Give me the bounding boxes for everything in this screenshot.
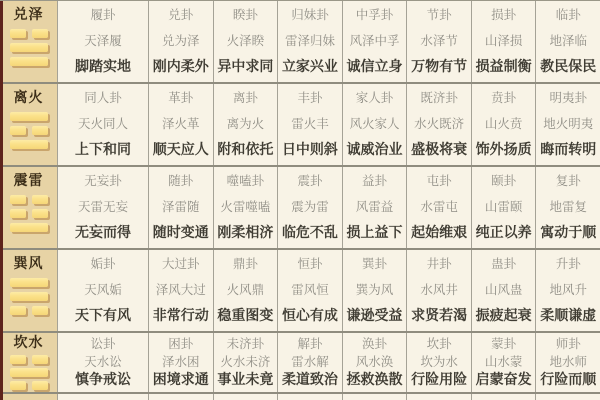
hexagram-fullname: 地泽临 <box>537 33 599 48</box>
hexagram-fullname: 泽风大过 <box>150 282 212 297</box>
table-row-li: 离火同人卦天火同人上下和同革卦泽火革顺天应人离卦离为火附和依托丰卦雷火丰日中则斜… <box>0 84 600 167</box>
hexagram-cell: 益卦风雷益损上益下 <box>342 167 407 248</box>
table-row-kan: 坎水讼卦天水讼慎争戒讼困卦泽水困困境求通未济卦火水未济事业未竟解卦雷水解柔道致治… <box>0 333 600 394</box>
hexagram-meaning: 柔道致治 <box>279 372 341 388</box>
hexagram-table-body: 兑泽履卦天泽履脚踏实地兑卦兑为泽刚内柔外睽卦火泽睽异中求同归妹卦雷泽归妹立家兴业… <box>0 1 600 400</box>
trigram-cell <box>0 394 57 400</box>
hexagram-cell: 革卦泽火革顺天应人 <box>148 84 213 165</box>
trigram-label: 离火 <box>14 90 44 107</box>
hexagram-meaning: 行险而顺 <box>537 372 599 388</box>
hexagram-cell <box>213 394 278 400</box>
hexagram-cell <box>57 394 148 400</box>
hexagram-meaning: 谦逊受益 <box>344 308 406 324</box>
broken-yao-line <box>10 381 48 390</box>
yao-bar <box>10 381 26 390</box>
hexagram-fullname: 风雷益 <box>344 199 406 214</box>
hexagram-cell: 大过卦泽风大过非常行动 <box>148 250 213 331</box>
hexagram-fullname: 天雷无妄 <box>59 199 147 214</box>
hexagram-cell: 坎卦坎为水行险用险 <box>406 333 471 392</box>
hexagram-meaning: 无妄而得 <box>59 225 147 241</box>
solid-yao-line <box>10 43 48 52</box>
hexagram-name: 归妹卦 <box>279 7 341 22</box>
hexagram-fullname: 天水讼 <box>59 354 147 369</box>
hexagram-meaning: 随时变通 <box>150 225 212 241</box>
hexagram-cell: 井卦水风井求贤若渴 <box>406 250 471 331</box>
hexagram-cell: 讼卦天水讼慎争戒讼 <box>57 333 148 392</box>
hexagram-meaning: 损益制衡 <box>473 59 535 75</box>
hexagram-meaning: 异中求同 <box>215 59 277 75</box>
hexagram-fullname: 雷风恒 <box>279 282 341 297</box>
hexagram-meaning: 晦而转明 <box>537 142 599 158</box>
hexagram-fullname: 天风姤 <box>59 282 147 297</box>
hexagram-cell: 贲卦山火贲饰外扬质 <box>471 84 536 165</box>
hexagram-name: 节卦 <box>408 7 470 22</box>
hexagram-name: 讼卦 <box>59 336 147 351</box>
hexagram-fullname: 山风蛊 <box>473 282 535 297</box>
hexagram-name: 同人卦 <box>59 90 147 105</box>
hexagram-cell: 巽卦巽为风谦逊受益 <box>342 250 407 331</box>
hexagram-fullname: 泽水困 <box>150 354 212 369</box>
hexagram-name: 解卦 <box>279 336 341 351</box>
broken-yao-line <box>10 126 48 135</box>
hexagram-name: 益卦 <box>344 173 406 188</box>
hexagram-meaning: 立家兴业 <box>279 59 341 75</box>
trigram-label: 兑泽 <box>14 7 44 24</box>
trigram-label: 巽风 <box>14 256 44 273</box>
yao-bar <box>32 355 48 364</box>
hexagram-cell: 蛊卦山风蛊振疲起衰 <box>471 250 536 331</box>
yao-bar <box>10 306 26 315</box>
trigram-label: 震雷 <box>14 173 44 190</box>
hexagram-meaning: 非常行动 <box>150 308 212 324</box>
broken-yao-line <box>10 306 48 315</box>
yao-bar <box>32 209 48 218</box>
yao-bar <box>32 381 48 390</box>
hexagram-cell <box>148 394 213 400</box>
hexagram-cell: 无妄卦天雷无妄无妄而得 <box>57 167 148 248</box>
trigram-xun-icon <box>10 278 48 315</box>
yao-bar <box>32 29 48 38</box>
hexagram-cell: 临卦地泽临教民保民 <box>535 1 600 82</box>
trigram-kan-icon <box>10 355 48 390</box>
hexagram-fullname: 巽为风 <box>344 282 406 297</box>
trigram-dui-icon <box>10 29 48 66</box>
partial-next-row <box>0 394 600 400</box>
hexagram-name: 革卦 <box>150 90 212 105</box>
hexagram-name: 巽卦 <box>344 256 406 271</box>
hexagram-cell: 噬嗑卦火雷噬嗑刚柔相济 <box>213 167 278 248</box>
yao-bar <box>10 195 26 204</box>
hexagram-meaning: 上下和同 <box>59 142 147 158</box>
hexagram-fullname: 地雷复 <box>537 199 599 214</box>
hexagram-cell: 家人卦风火家人诚威治业 <box>342 84 407 165</box>
trigram-cell-li: 离火 <box>0 84 57 165</box>
hexagram-meaning: 刚内柔外 <box>150 59 212 75</box>
yao-bar <box>10 209 26 218</box>
hexagram-fullname: 泽雷随 <box>150 199 212 214</box>
hexagram-meaning: 行险用险 <box>408 372 470 388</box>
hexagram-fullname: 泽火革 <box>150 116 212 131</box>
hexagram-fullname: 天泽履 <box>59 33 147 48</box>
yao-bar <box>10 126 26 135</box>
hexagram-cell: 同人卦天火同人上下和同 <box>57 84 148 165</box>
hexagram-meaning: 求贤若渴 <box>408 308 470 324</box>
hexagram-meaning: 刚柔相济 <box>215 225 277 241</box>
hexagram-fullname: 雷水解 <box>279 354 341 369</box>
trigram-zhen-icon <box>10 195 48 232</box>
hexagram-meaning: 诚信立身 <box>344 59 406 75</box>
hexagram-meaning: 柔顺谦虚 <box>537 308 599 324</box>
hexagram-fullname: 水风井 <box>408 282 470 297</box>
solid-yao-line <box>10 112 48 121</box>
hexagram-meaning: 饰外扬质 <box>473 142 535 158</box>
hexagram-fullname: 火泽睽 <box>215 33 277 48</box>
hexagram-name: 离卦 <box>215 90 277 105</box>
hexagram-meaning: 脚踏实地 <box>59 59 147 75</box>
broken-yao-line <box>10 29 48 38</box>
hexagram-name: 大过卦 <box>150 256 212 271</box>
trigram-li-icon <box>10 112 48 149</box>
hexagram-meaning: 慎争戒讼 <box>59 372 147 388</box>
hexagram-meaning: 起始维艰 <box>408 225 470 241</box>
hexagram-cell: 随卦泽雷随随时变通 <box>148 167 213 248</box>
hexagram-fullname: 风泽中孚 <box>344 33 406 48</box>
broken-yao-line <box>10 355 48 364</box>
hexagram-name: 临卦 <box>537 7 599 22</box>
hexagram-name: 颐卦 <box>473 173 535 188</box>
hexagram-meaning: 启蒙奋发 <box>473 372 535 388</box>
hexagram-meaning: 教民保民 <box>537 59 599 75</box>
hexagram-name: 明夷卦 <box>537 90 599 105</box>
hexagram-meaning: 事业未竟 <box>215 372 277 388</box>
hexagram-cell: 蒙卦山水蒙启蒙奋发 <box>471 333 536 392</box>
hexagram-cell: 屯卦水雷屯起始维艰 <box>406 167 471 248</box>
hexagram-meaning: 临危不乱 <box>279 225 341 241</box>
hexagram-cell: 节卦水泽节万物有节 <box>406 1 471 82</box>
hexagram-fullname: 兑为泽 <box>150 33 212 48</box>
hexagram-fullname: 山雷颐 <box>473 199 535 214</box>
hexagram-meaning: 天下有风 <box>59 308 147 324</box>
hexagram-fullname: 地风升 <box>537 282 599 297</box>
hexagram-fullname: 风火家人 <box>344 116 406 131</box>
hexagram-cell: 恒卦雷风恒恒心有成 <box>277 250 342 331</box>
hexagram-fullname: 雷火丰 <box>279 116 341 131</box>
hexagram-meaning: 寓动于顺 <box>537 225 599 241</box>
hexagram-name: 屯卦 <box>408 173 470 188</box>
solid-yao-line <box>10 292 48 301</box>
hexagram-fullname: 火风鼎 <box>215 282 277 297</box>
hexagram-cell <box>277 394 342 400</box>
yao-bar <box>10 140 48 149</box>
hexagram-cell: 兑卦兑为泽刚内柔外 <box>148 1 213 82</box>
hexagram-meaning: 诚威治业 <box>344 142 406 158</box>
hexagram-fullname: 风水涣 <box>344 354 406 369</box>
broken-yao-line <box>10 195 48 204</box>
hexagram-name: 复卦 <box>537 173 599 188</box>
hexagram-cell: 升卦地风升柔顺谦虚 <box>535 250 600 331</box>
hexagram-cell <box>535 394 600 400</box>
hexagram-name: 无妄卦 <box>59 173 147 188</box>
hexagram-cell: 损卦山泽损损益制衡 <box>471 1 536 82</box>
hexagram-meaning: 纯正以养 <box>473 225 535 241</box>
yao-bar <box>10 278 48 287</box>
hexagram-fullname: 山水蒙 <box>473 354 535 369</box>
hexagram-name: 鼎卦 <box>215 256 277 271</box>
hexagram-name: 噬嗑卦 <box>215 173 277 188</box>
hexagram-fullname: 天火同人 <box>59 116 147 131</box>
hexagram-cell: 丰卦雷火丰日中则斜 <box>277 84 342 165</box>
hexagram-fullname: 火雷噬嗑 <box>215 199 277 214</box>
yao-bar <box>10 57 48 66</box>
hexagram-name: 井卦 <box>408 256 470 271</box>
hexagram-meaning: 顺天应人 <box>150 142 212 158</box>
hexagram-cell <box>342 394 407 400</box>
hexagram-cell: 复卦地雷复寓动于顺 <box>535 167 600 248</box>
hexagram-cell: 困卦泽水困困境求通 <box>148 333 213 392</box>
hexagram-fullname: 地水师 <box>537 354 599 369</box>
yao-bar <box>10 368 48 377</box>
hexagram-name: 蒙卦 <box>473 336 535 351</box>
hexagram-cell: 未济卦火水未济事业未竟 <box>213 333 278 392</box>
trigram-label: 坎水 <box>14 335 44 352</box>
hexagram-cell <box>471 394 536 400</box>
trigram-cell-zhen: 震雷 <box>0 167 57 248</box>
broken-yao-line <box>10 209 48 218</box>
hexagram-fullname: 坎为水 <box>408 354 470 369</box>
hexagram-meaning: 附和依托 <box>215 142 277 158</box>
hexagram-fullname: 震为雷 <box>279 199 341 214</box>
trigram-cell-kan: 坎水 <box>0 333 57 392</box>
hexagram-fullname: 雷泽归妹 <box>279 33 341 48</box>
hexagram-meaning: 盛极将衰 <box>408 142 470 158</box>
solid-yao-line <box>10 140 48 149</box>
hexagram-cell: 师卦地水师行险而顺 <box>535 333 600 392</box>
solid-yao-line <box>10 223 48 232</box>
hexagram-name: 损卦 <box>473 7 535 22</box>
hexagram-cell: 归妹卦雷泽归妹立家兴业 <box>277 1 342 82</box>
yao-bar <box>32 126 48 135</box>
trigram-cell-xun: 巽风 <box>0 250 57 331</box>
solid-yao-line <box>10 278 48 287</box>
hexagram-fullname: 离为火 <box>215 116 277 131</box>
trigram-cell-dui: 兑泽 <box>0 1 57 82</box>
hexagram-fullname: 地火明夷 <box>537 116 599 131</box>
hexagram-cell: 既济卦水火既济盛极将衰 <box>406 84 471 165</box>
hexagram-name: 丰卦 <box>279 90 341 105</box>
hexagram-cell: 颐卦山雷颐纯正以养 <box>471 167 536 248</box>
hexagram-name: 家人卦 <box>344 90 406 105</box>
hexagram-name: 涣卦 <box>344 336 406 351</box>
yao-bar <box>10 223 48 232</box>
hexagram-name: 睽卦 <box>215 7 277 22</box>
left-edge-strip <box>0 1 3 400</box>
table-row-xun: 巽风姤卦天风姤天下有风大过卦泽风大过非常行动鼎卦火风鼎稳重图变恒卦雷风恒恒心有成… <box>0 250 600 333</box>
hexagram-name: 升卦 <box>537 256 599 271</box>
yao-bar <box>32 195 48 204</box>
yao-bar <box>10 292 48 301</box>
hexagram-meaning: 振疲起衰 <box>473 308 535 324</box>
hexagram-name: 震卦 <box>279 173 341 188</box>
hexagram-meaning: 损上益下 <box>344 225 406 241</box>
hexagram-meaning: 日中则斜 <box>279 142 341 158</box>
hexagram-name: 既济卦 <box>408 90 470 105</box>
table-row-dui: 兑泽履卦天泽履脚踏实地兑卦兑为泽刚内柔外睽卦火泽睽异中求同归妹卦雷泽归妹立家兴业… <box>0 1 600 84</box>
hexagram-cell: 涣卦风水涣拯救涣散 <box>342 333 407 392</box>
hexagram-cell <box>406 394 471 400</box>
hexagram-meaning: 稳重图变 <box>215 308 277 324</box>
hexagram-cell: 解卦雷水解柔道致治 <box>277 333 342 392</box>
hexagram-cell: 姤卦天风姤天下有风 <box>57 250 148 331</box>
hexagram-name: 师卦 <box>537 336 599 351</box>
yao-bar <box>10 43 48 52</box>
hexagram-name: 履卦 <box>59 7 147 22</box>
hexagram-fullname: 水雷屯 <box>408 199 470 214</box>
hexagram-name: 蛊卦 <box>473 256 535 271</box>
hexagram-cell: 履卦天泽履脚踏实地 <box>57 1 148 82</box>
solid-yao-line <box>10 368 48 377</box>
hexagram-name: 中孚卦 <box>344 7 406 22</box>
hexagram-table: 兑泽履卦天泽履脚踏实地兑卦兑为泽刚内柔外睽卦火泽睽异中求同归妹卦雷泽归妹立家兴业… <box>0 0 600 400</box>
hexagram-meaning: 困境求通 <box>150 372 212 388</box>
hexagram-meaning: 万物有节 <box>408 59 470 75</box>
hexagram-fullname: 山泽损 <box>473 33 535 48</box>
hexagram-name: 恒卦 <box>279 256 341 271</box>
table-row-zhen: 震雷无妄卦天雷无妄无妄而得随卦泽雷随随时变通噬嗑卦火雷噬嗑刚柔相济震卦震为雷临危… <box>0 167 600 250</box>
hexagram-fullname: 火水未济 <box>215 354 277 369</box>
hexagram-name: 困卦 <box>150 336 212 351</box>
hexagram-name: 贲卦 <box>473 90 535 105</box>
hexagram-cell: 明夷卦地火明夷晦而转明 <box>535 84 600 165</box>
hexagram-name: 兑卦 <box>150 7 212 22</box>
hexagram-meaning: 拯救涣散 <box>344 372 406 388</box>
hexagram-cell: 离卦离为火附和依托 <box>213 84 278 165</box>
hexagram-name: 随卦 <box>150 173 212 188</box>
hexagram-name: 未济卦 <box>215 336 277 351</box>
hexagram-cell: 睽卦火泽睽异中求同 <box>213 1 278 82</box>
hexagram-fullname: 水火既济 <box>408 116 470 131</box>
solid-yao-line <box>10 57 48 66</box>
yao-bar <box>10 112 48 121</box>
hexagram-name: 姤卦 <box>59 256 147 271</box>
hexagram-fullname: 山火贲 <box>473 116 535 131</box>
hexagram-cell: 鼎卦火风鼎稳重图变 <box>213 250 278 331</box>
yao-bar <box>32 306 48 315</box>
hexagram-fullname: 水泽节 <box>408 33 470 48</box>
hexagram-cell: 震卦震为雷临危不乱 <box>277 167 342 248</box>
yao-bar <box>10 355 26 364</box>
hexagram-meaning: 恒心有成 <box>279 308 341 324</box>
hexagram-cell: 中孚卦风泽中孚诚信立身 <box>342 1 407 82</box>
hexagram-name: 坎卦 <box>408 336 470 351</box>
yao-bar <box>10 29 26 38</box>
